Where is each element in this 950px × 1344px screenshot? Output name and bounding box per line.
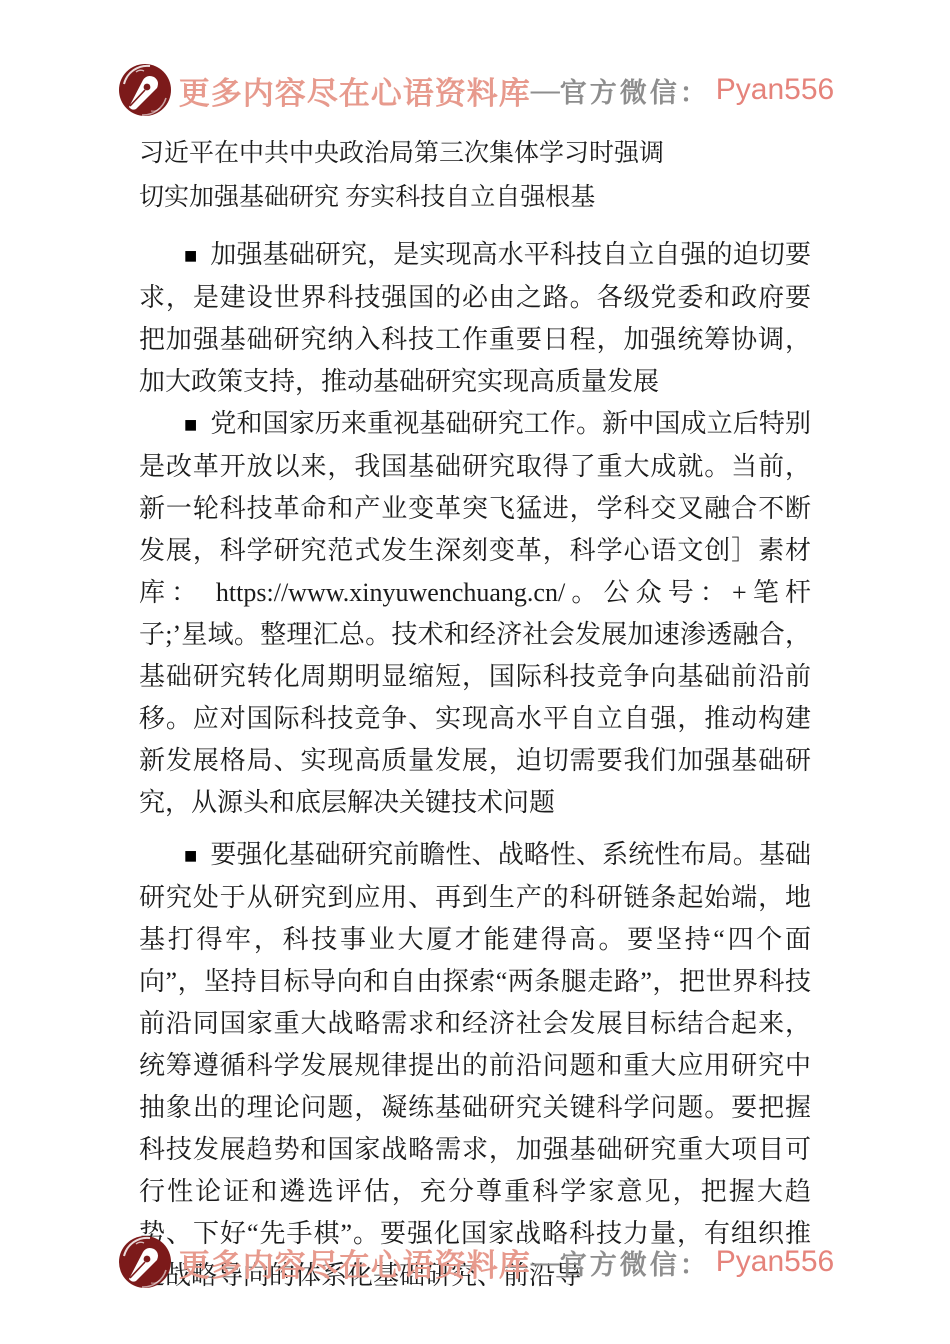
article-title: 切实加强基础研究 夯实科技自立自强根基 [139, 176, 811, 220]
wechat-id: Pyan556 [716, 1245, 834, 1279]
article-paragraph-2: ■党和国家历来重视基础研究工作。新中国成立后特别是改革开放以来，我国基础研究取得… [139, 403, 811, 824]
wechat-id: Pyan556 [716, 73, 834, 107]
brand-text: 更多内容尽在心语资料库 [179, 1240, 531, 1285]
brand-dash: — [531, 74, 560, 107]
paragraph-text: 加强基础研究，是实现高水平科技自立自强的迫切要求，是建设世界科技强国的必由之路。… [139, 240, 811, 396]
article-paragraph-3: ■要强化基础研究前瞻性、战略性、系统性布局。基础研究处于从研究到应用、再到生产的… [139, 834, 811, 1297]
article-kicker: 习近平在中共中央政治局第三次集体学习时强调 [139, 132, 811, 176]
header-banner: 更多内容尽在心语资料库 — 官方微信： Pyan556 [0, 0, 950, 120]
document-body: 习近平在中共中央政治局第三次集体学习时强调 切实加强基础研究 夯实科技自立自强根… [139, 132, 811, 1297]
brand-dash: — [531, 1246, 560, 1279]
paragraph-text: 要强化基础研究前瞻性、战略性、系统性布局。基础研究处于从研究到应用、再到生产的科… [139, 840, 811, 1290]
square-bullet-icon: ■ [184, 412, 197, 437]
official-wechat-label: 官方微信： [560, 1243, 710, 1282]
square-bullet-icon: ■ [184, 243, 197, 268]
paragraph-text: 党和国家历来重视基础研究工作。新中国成立后特别是改革开放以来，我国基础研究取得了… [139, 409, 811, 817]
official-wechat-label: 官方微信： [560, 71, 710, 110]
square-bullet-icon: ■ [184, 843, 197, 868]
pen-nib-circle-logo-icon [116, 1232, 174, 1292]
pen-nib-circle-logo-icon [116, 60, 174, 120]
brand-text: 更多内容尽在心语资料库 [179, 68, 531, 113]
footer-banner: 更多内容尽在心语资料库 — 官方微信： Pyan556 [0, 1232, 950, 1292]
article-paragraph-1: ■加强基础研究，是实现高水平科技自立自强的迫切要求，是建设世界科技强国的必由之路… [139, 234, 811, 403]
